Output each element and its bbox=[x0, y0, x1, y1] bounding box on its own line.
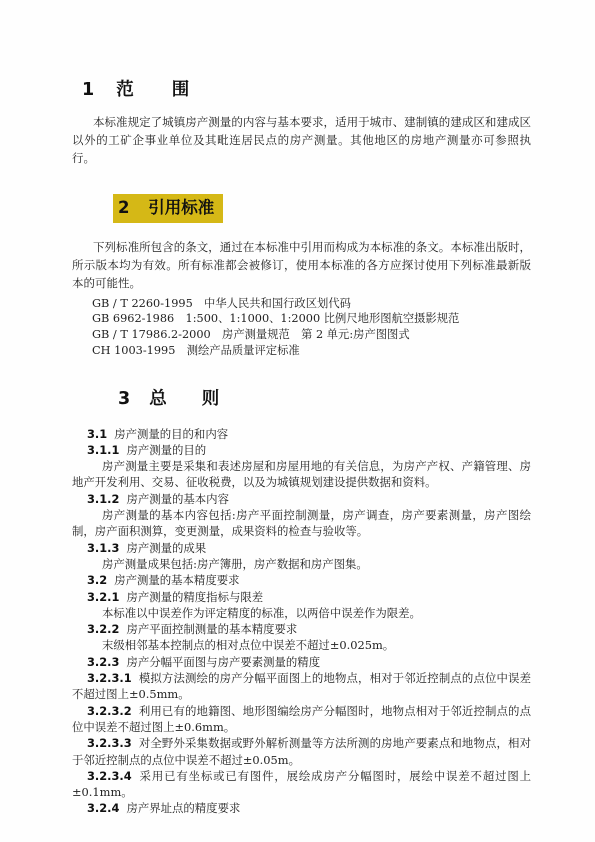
clause-paragraph: 末级相邻基本控制点的相对点位中误差不超过±0.025m。 bbox=[72, 637, 531, 653]
clause-3-1: 3.1房产测量的目的和内容 bbox=[72, 426, 531, 442]
clause-number: 3.1.3 bbox=[87, 541, 119, 555]
page-content: 1 范 围 本标准规定了城镇房产测量的内容与基本要求，适用于城市、建制镇的建成区… bbox=[0, 0, 595, 817]
clause-title: 房产平面控制测量的基本精度要求 bbox=[126, 622, 297, 636]
clause-3-2-3: 3.2.3房产分幅平面图与房产要素测量的精度 bbox=[72, 654, 531, 670]
clause-number: 3.2.3.2 bbox=[87, 704, 132, 718]
clause-title: 房产界址点的精度要求 bbox=[126, 801, 240, 815]
clause-title: 房产分幅平面图与房产要素测量的精度 bbox=[126, 655, 320, 669]
clause-number: 3.2 bbox=[87, 573, 107, 587]
clause-3-2-2: 3.2.2房产平面控制测量的基本精度要求 bbox=[72, 621, 531, 637]
reference-item: CH 1003-1995 测绘产品质量评定标准 bbox=[92, 343, 531, 359]
reference-item: GB 6962-1986 1:500、1:1000、1:2000 比例尺地形图航… bbox=[92, 311, 531, 327]
clause-number: 3.2.2 bbox=[87, 622, 119, 636]
clause-text: 利用已有的地籍图、地形图编绘房产分幅图时，地物点相对于邻近控制点的点位中误差不超… bbox=[72, 704, 531, 734]
clause-3-1-1: 3.1.1房产测量的目的 bbox=[72, 442, 531, 458]
clause-number: 3.2.4 bbox=[87, 801, 119, 815]
clause-3-2-3-3: 3.2.3.3对全野外采集数据或野外解析测量等方法所测的房地产要素点和地物点，相… bbox=[72, 735, 531, 768]
clause-3-2-3-1: 3.2.3.1模拟方法测绘的房产分幅平面图上的地物点，相对于邻近控制点的点位中误… bbox=[72, 670, 531, 703]
section-3-title: 总 则 bbox=[149, 389, 219, 409]
clause-number: 3.2.3.4 bbox=[87, 769, 132, 783]
reference-item: GB / T 17986.2-2000 房产测量规范 第 2 单元:房产图图式 bbox=[92, 327, 531, 343]
clause-number: 3.2.1 bbox=[87, 590, 119, 604]
clause-number: 3.1 bbox=[87, 427, 107, 441]
clause-paragraph: 房产测量成果包括:房产簿册，房产数据和房产图集。 bbox=[72, 556, 531, 572]
clause-paragraph: 房产测量的基本内容包括:房产平面控制测量，房产调查，房产要素测量，房产图绘制，房… bbox=[72, 507, 531, 540]
clause-3-2: 3.2房产测量的基本精度要求 bbox=[72, 572, 531, 588]
section-2-title: 引用标准 bbox=[148, 198, 214, 217]
section-2-number: 2 bbox=[118, 198, 129, 217]
clauses-list: 3.1房产测量的目的和内容 3.1.1房产测量的目的 房产测量主要是采集和表述房… bbox=[72, 426, 531, 817]
document-page: 1 范 围 本标准规定了城镇房产测量的内容与基本要求，适用于城市、建制镇的建成区… bbox=[0, 0, 595, 842]
section-1-number: 1 bbox=[82, 80, 95, 100]
clause-3-2-1: 3.2.1房产测量的精度指标与限差 bbox=[72, 589, 531, 605]
references-list: GB / T 2260-1995 中华人民共和国行政区划代码 GB 6962-1… bbox=[92, 296, 531, 359]
clause-text: 对全野外采集数据或野外解析测量等方法所测的房地产要素点和地物点，相对于邻近控制点… bbox=[72, 736, 531, 766]
section-1-paragraph: 本标准规定了城镇房产测量的内容与基本要求，适用于城市、建制镇的建成区和建成区以外… bbox=[72, 114, 531, 167]
clause-number: 3.1.1 bbox=[87, 443, 119, 457]
clause-text: 模拟方法测绘的房产分幅平面图上的地物点，相对于邻近控制点的点位中误差不超过图上±… bbox=[72, 671, 531, 701]
clause-paragraph: 本标准以中误差作为评定精度的标准，以两倍中误差作为限差。 bbox=[72, 605, 531, 621]
clause-title: 房产测量的基本精度要求 bbox=[114, 573, 239, 587]
clause-3-2-4: 3.2.4房产界址点的精度要求 bbox=[72, 800, 531, 816]
clause-paragraph: 房产测量主要是采集和表述房屋和房屋用地的有关信息，为房产产权、产籍管理、房地产开… bbox=[72, 458, 531, 491]
section-1-heading: 1 范 围 bbox=[82, 80, 531, 100]
section-1-title: 范 围 bbox=[116, 80, 190, 100]
clause-number: 3.1.2 bbox=[87, 492, 119, 506]
reference-item: GB / T 2260-1995 中华人民共和国行政区划代码 bbox=[92, 296, 531, 312]
clause-title: 房产测量的目的 bbox=[126, 443, 206, 457]
clause-3-1-3: 3.1.3房产测量的成果 bbox=[72, 540, 531, 556]
clause-3-2-3-2: 3.2.3.2利用已有的地籍图、地形图编绘房产分幅图时，地物点相对于邻近控制点的… bbox=[72, 703, 531, 736]
clause-number: 3.2.3.3 bbox=[87, 736, 132, 750]
section-2-intro: 下列标准所包含的条文，通过在本标准中引用而构成为本标准的条文。本标准出版时，所示… bbox=[72, 239, 531, 292]
clause-3-1-2: 3.1.2房产测量的基本内容 bbox=[72, 491, 531, 507]
clause-3-2-3-4: 3.2.3.4采用已有坐标或已有图件，展绘成房产分幅图时，展绘中误差不超过图上±… bbox=[72, 768, 531, 801]
clause-number: 3.2.3 bbox=[87, 655, 119, 669]
section-2-heading: 2 引用标准 bbox=[113, 194, 531, 223]
clause-text: 采用已有坐标或已有图件，展绘成房产分幅图时，展绘中误差不超过图上±0.1mm。 bbox=[72, 769, 531, 799]
clause-title: 房产测量的精度指标与限差 bbox=[126, 590, 263, 604]
section-2-highlight-box: 2 引用标准 bbox=[113, 194, 223, 223]
section-3-number: 3 bbox=[118, 389, 130, 409]
section-3-heading: 3 总 则 bbox=[118, 389, 531, 409]
clause-title: 房产测量的目的和内容 bbox=[114, 427, 228, 441]
clause-number: 3.2.3.1 bbox=[87, 671, 132, 685]
clause-title: 房产测量的成果 bbox=[126, 541, 206, 555]
clause-title: 房产测量的基本内容 bbox=[126, 492, 229, 506]
